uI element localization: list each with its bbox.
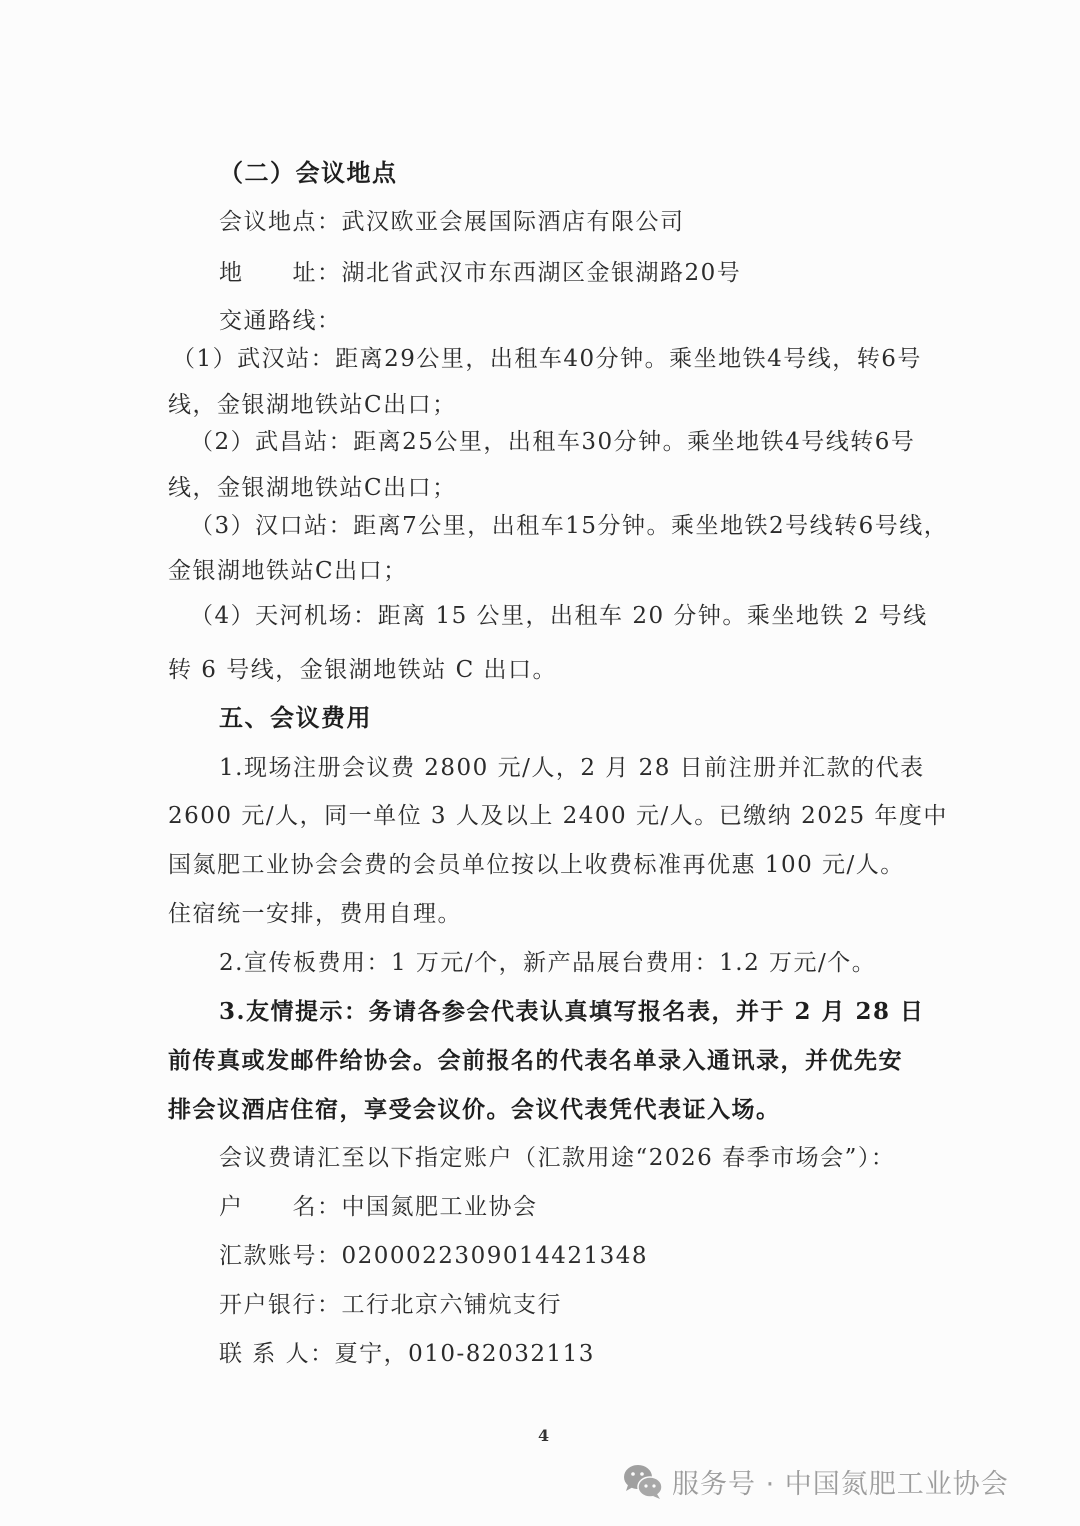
route-2-line-1: （2）武昌站：距离25公里，出租车30分钟。乘坐地铁4号线转6号 — [190, 427, 915, 457]
account-number-line: 汇款账号：0200022309014421348 — [219, 1241, 648, 1271]
bank-value: 工行北京六铺炕支行 — [342, 1292, 563, 1318]
fees-heading: 五、会议费用 — [219, 703, 372, 733]
route-1-line-1: （1）武汉站：距离29公里，出租车40分钟。乘坐地铁4号线，转6号 — [172, 344, 922, 374]
transport-label: 交通路线： — [219, 306, 342, 336]
page-number: 4 — [538, 1426, 549, 1445]
contact-label: 联 系 人： — [219, 1341, 335, 1367]
venue-line: 会议地点：武汉欧亚会展国际酒店有限公司 — [219, 207, 685, 237]
venue-label: 会议地点： — [219, 209, 342, 235]
fees-item-1-line-4: 住宿统一安排，费用自理。 — [168, 899, 462, 929]
route-2-line-2: 线，金银湖地铁站C出口； — [168, 473, 457, 503]
fees-item-1-line-3: 国氮肥工业协会会费的会员单位按以上收费标准再优惠 100 元/人。 — [168, 850, 905, 880]
fees-item-3-line-2: 前传真或发邮件给协会。会前报名的代表名单录入通讯录，并优先安 — [168, 1046, 903, 1076]
document-page: （二）会议地点 会议地点：武汉欧亚会展国际酒店有限公司 地 址：湖北省武汉市东西… — [0, 0, 1080, 1526]
fees-item-1-line-1: 1.现场注册会议费 2800 元/人，2 月 28 日前注册并汇款的代表 — [219, 753, 925, 783]
address-value: 湖北省武汉市东西湖区金银湖路20号 — [342, 260, 742, 286]
account-name-label: 户 名： — [219, 1194, 342, 1220]
fees-item-3-line-1: 3.友情提示：务请各参会代表认真填写报名表，并于 2 月 28 日 — [219, 997, 925, 1027]
contact-line: 联 系 人：夏宁，010-82032113 — [219, 1339, 595, 1369]
bank-label: 开户银行： — [219, 1292, 342, 1318]
watermark: 服务号 · 中国氮肥工业协会 — [622, 1462, 1009, 1501]
account-name-value: 中国氮肥工业协会 — [342, 1194, 538, 1220]
account-name-line: 户 名：中国氮肥工业协会 — [219, 1192, 538, 1222]
watermark-text: 服务号 · 中国氮肥工业协会 — [672, 1462, 1009, 1501]
route-4-line-2: 转 6 号线，金银湖地铁站 C 出口。 — [168, 655, 557, 685]
contact-value: 夏宁，010-82032113 — [335, 1341, 595, 1367]
route-1-line-2: 线，金银湖地铁站C出口； — [168, 390, 457, 420]
fees-item-2: 2.宣传板费用：1 万元/个，新产品展台费用：1.2 万元/个。 — [219, 948, 876, 978]
address-line: 地 址：湖北省武汉市东西湖区金银湖路20号 — [219, 258, 741, 288]
subheading-venue: （二）会议地点 — [219, 158, 398, 188]
route-3-line-2: 金银湖地铁站C出口； — [168, 556, 408, 586]
bank-line: 开户银行：工行北京六铺炕支行 — [219, 1290, 562, 1320]
venue-value: 武汉欧亚会展国际酒店有限公司 — [342, 209, 685, 235]
fees-item-3-line-3: 排会议酒店住宿，享受会议价。会议代表凭代表证入场。 — [168, 1095, 781, 1125]
route-4-line-1: （4）天河机场：距离 15 公里，出租车 20 分钟。乘坐地铁 2 号线 — [190, 601, 928, 631]
account-number-label: 汇款账号： — [219, 1243, 342, 1269]
route-3-line-1: （3）汉口站：距离7公里，出租车15分钟。乘坐地铁2号线转6号线， — [190, 511, 948, 541]
address-label: 地 址： — [219, 260, 342, 286]
account-intro: 会议费请汇至以下指定账户（汇款用途“2026 春季市场会”）： — [219, 1143, 895, 1173]
account-number-value: 0200022309014421348 — [342, 1243, 649, 1269]
fees-item-1-line-2: 2600 元/人，同一单位 3 人及以上 2400 元/人。已缴纳 2025 年… — [168, 801, 948, 831]
wechat-icon — [622, 1463, 664, 1501]
